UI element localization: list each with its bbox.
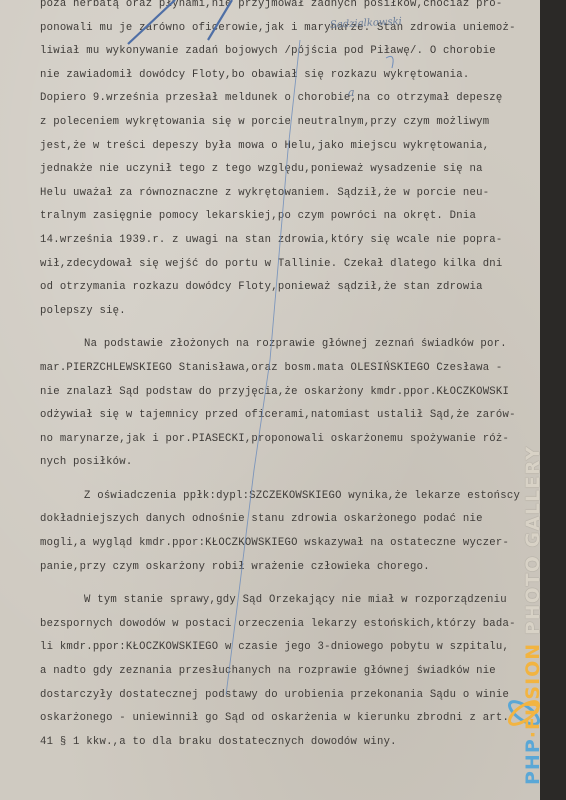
text-line: Helu uważał za równoznaczne z wykrętowan… [40,182,520,206]
text-line: 14.września 1939.r. z uwagi na stan zdro… [40,229,520,253]
text-line: oskarżonego - uniewinnił go Sąd od oskar… [40,707,520,731]
text-line: no marynarze,jak i por.PIASECKI,proponow… [40,428,520,452]
text-line: jest,że w treści depeszy była mowa o Hel… [40,135,520,159]
text-line: nie zawiadomił dowódcy Floty,bo obawiał … [40,64,520,88]
text-line: ponowali mu je zarówno oficerowie,jak i … [40,17,520,41]
text-line: Dopiero 9.września przesłał meldunek o c… [40,87,520,111]
text-line: li kmdr.ppor:KŁOCZKOWSKIEGO w czasie jeg… [40,636,520,660]
text-line: nych posiłków. [40,451,520,475]
text-line: polepszy się. [40,300,520,324]
typewritten-text: poza herbatą oraz płynami,nie przyjmował… [40,0,520,754]
text-line: tralnym zasięgnie pomocy lekarskiej,po c… [40,205,520,229]
handwritten-letter: a [348,86,355,99]
text-line: wił,zdecydował się wejść do portu w Tall… [40,253,520,277]
text-line: W tym stanie sprawy,gdy Sąd Orzekający n… [40,589,520,613]
text-line: jednakże nie uczynił tego z tego względu… [40,158,520,182]
text-line: Na podstawie złożonych na rozprawie głów… [40,333,520,357]
text-line: 41 § 1 kkw.,a to dla braku dostatecznych… [40,731,520,755]
text-line: poza herbatą oraz płynami,nie przyjmował… [40,0,520,17]
text-line: od otrzymania rozkazu dowódcy Floty,poni… [40,276,520,300]
text-line: mar.PIERZCHLEWSKIEGO Stanisława,oraz bos… [40,357,520,381]
text-line: mogli,a wygląd kmdr.ppor:KŁOCZKOWSKIEGO … [40,532,520,556]
text-line: nie znalazł Sąd podstaw do przyjęcia,że … [40,381,520,405]
text-line: a nadto gdy zeznania przesłuchanych na r… [40,660,520,684]
text-line: dokładniejszych danych odnośnie stanu zd… [40,508,520,532]
paper-page: poza herbatą oraz płynami,nie przyjmował… [0,0,540,800]
text-line: dostarczyły dostatecznej podstawy do uro… [40,684,520,708]
text-line: bezspornych dowodów w postaci orzeczenia… [40,613,520,637]
photo-gallery-watermark: PHP·FUSION PHOTO GALLERY [522,440,548,785]
watermark-text: PHP·FUSION PHOTO GALLERY [522,446,544,785]
text-line: liwiał mu wykonywanie zadań bojowych /pó… [40,40,520,64]
scanned-document: poza herbatą oraz płynami,nie przyjmował… [0,0,566,800]
text-line: Z oświadczenia ppłk:dypl:SZCZEKOWSKIEGO … [40,485,520,509]
text-line: z poleceniem wykrętowania się w porcie n… [40,111,520,135]
text-line: odżywiał się w tajemnicy przed oficerami… [40,404,520,428]
text-line: panie,przy czym oskarżony robił wrażenie… [40,556,520,580]
